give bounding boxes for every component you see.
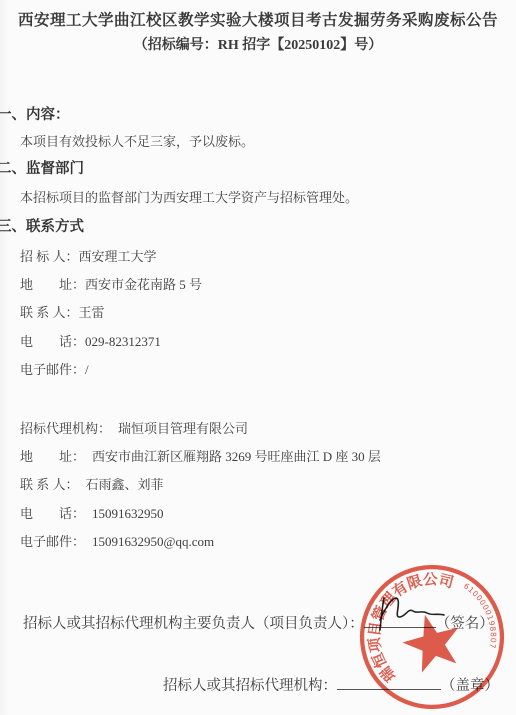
agency-label: 地 址： bbox=[20, 449, 85, 464]
tenderer-value: / bbox=[85, 362, 89, 377]
agency-label: 电子邮件： bbox=[20, 534, 85, 549]
agency-label: 电 话： bbox=[20, 506, 85, 521]
tenderer-value: 西安市金花南路 5 号 bbox=[85, 277, 202, 292]
agency-label: 招标代理机构： bbox=[20, 421, 111, 436]
stamp-line-label: 招标人或其招标代理机构： bbox=[163, 678, 337, 694]
signature-line-label: 招标人或其招标代理机构主要负责人（项目负责人）： bbox=[23, 616, 364, 632]
bid-number: （招标编号：RH 招字【20250102】号） bbox=[0, 34, 516, 54]
tenderer-label: 地 址： bbox=[20, 277, 85, 292]
agency-label: 联 系 人： bbox=[20, 477, 79, 492]
tenderer-row: 电 话：029-82312371 bbox=[20, 331, 202, 359]
agency-value: 西安市曲江新区雁翔路 3269 号旺座曲江 D 座 30 层 bbox=[92, 449, 381, 464]
agency-value: 瑞恒项目管理有限公司 bbox=[118, 421, 248, 436]
tenderer-row: 联 系 人：王雷 bbox=[20, 302, 202, 330]
agency-contact-block: 招标代理机构：瑞恒项目管理有限公司 地 址：西安市曲江新区雁翔路 3269 号旺… bbox=[20, 418, 381, 559]
seal-company-text: 瑞恒项目管理有限公司 bbox=[360, 567, 467, 686]
section-1-heading: 一、内容： bbox=[0, 103, 70, 124]
tenderer-row: 电子邮件：/ bbox=[20, 359, 202, 387]
seal-serial-number: 6100000198807 bbox=[461, 579, 499, 653]
agency-value: 15091632950@qq.com bbox=[92, 534, 214, 549]
section-3-heading: 三、联系方式 bbox=[0, 215, 84, 236]
tenderer-value: 029-82312371 bbox=[85, 334, 161, 349]
agency-row: 电 话：15091632950 bbox=[20, 503, 381, 531]
company-seal: 瑞恒项目管理有限公司 6100000198807 bbox=[356, 561, 508, 713]
section-2-heading: 二、监督部门 bbox=[0, 157, 84, 178]
tenderer-row: 招 标 人：西安理工大学 bbox=[20, 246, 202, 274]
tenderer-value: 王雷 bbox=[79, 305, 105, 320]
page-title: 西安理工大学曲江校区教学实验大楼项目考古发掘劳务采购废标公告 bbox=[0, 8, 516, 30]
announcement-page: 西安理工大学曲江校区教学实验大楼项目考古发掘劳务采购废标公告 （招标编号：RH … bbox=[0, 0, 516, 715]
agency-value: 石雨鑫、刘菲 bbox=[86, 477, 164, 492]
seal-star bbox=[397, 607, 467, 675]
tenderer-label: 招 标 人： bbox=[20, 249, 79, 264]
tenderer-row: 地 址：西安市金花南路 5 号 bbox=[20, 274, 202, 302]
agency-row: 联 系 人：石雨鑫、刘菲 bbox=[20, 474, 381, 502]
tenderer-label: 电子邮件： bbox=[20, 362, 85, 377]
agency-row: 电子邮件：15091632950@qq.com bbox=[20, 531, 381, 559]
agency-value: 15091632950 bbox=[92, 506, 164, 521]
agency-row: 地 址：西安市曲江新区雁翔路 3269 号旺座曲江 D 座 30 层 bbox=[20, 446, 381, 474]
agency-row: 招标代理机构：瑞恒项目管理有限公司 bbox=[20, 418, 381, 446]
tenderer-value: 西安理工大学 bbox=[79, 249, 157, 264]
tenderer-label: 电 话： bbox=[20, 334, 85, 349]
tenderer-label: 联 系 人： bbox=[20, 305, 79, 320]
section-2-body: 本招标项目的监督部门为西安理工大学资产与招标管理处。 bbox=[20, 187, 358, 206]
tenderer-contact-block: 招 标 人：西安理工大学 地 址：西安市金花南路 5 号 联 系 人：王雷 电 … bbox=[20, 246, 202, 387]
section-1-body: 本项目有效投标人不足三家，予以废标。 bbox=[20, 131, 254, 150]
